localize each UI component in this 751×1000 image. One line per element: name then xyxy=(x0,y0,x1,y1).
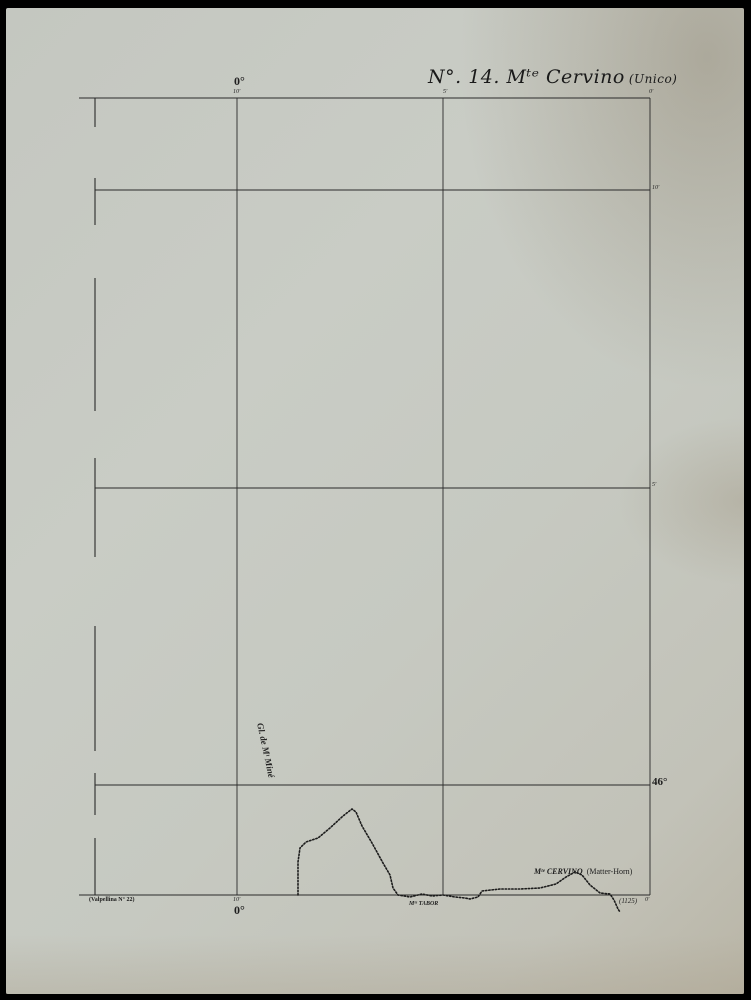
peak-name: Mᵗᵉ CERVINO xyxy=(534,867,583,876)
right-tick-10: 10' xyxy=(652,185,659,191)
elevation-label: (1125) xyxy=(619,897,637,905)
sheet-title: N°. 14. Mᵗᵉ Cervino(Unico) xyxy=(428,66,677,88)
right-latitude-degree: 46° xyxy=(652,776,667,788)
map-graticule xyxy=(0,0,751,1000)
top-tick-5: 5' xyxy=(443,89,447,95)
bottom-tick-0: 0' xyxy=(645,897,649,903)
top-tick-10: 10' xyxy=(233,89,240,95)
adjacent-sheet-label: (Valpellina N° 22) xyxy=(89,897,135,903)
bottom-longitude-degree: 0° xyxy=(234,903,245,918)
right-tick-5: 5' xyxy=(652,482,656,488)
top-longitude-degree: 0° xyxy=(234,74,245,89)
sheet-title-main: N°. 14. Mᵗᵉ Cervino xyxy=(428,66,625,88)
peak-alt-name: (Matter-Horn) xyxy=(587,867,633,876)
peak-label: Mᵗᵉ CERVINO (Matter-Horn) xyxy=(534,861,632,879)
sheet-title-sub: (Unico) xyxy=(629,72,678,86)
top-tick-0: 0' xyxy=(649,89,653,95)
pass-label: Mᵗᵉ TABOR xyxy=(409,901,438,907)
